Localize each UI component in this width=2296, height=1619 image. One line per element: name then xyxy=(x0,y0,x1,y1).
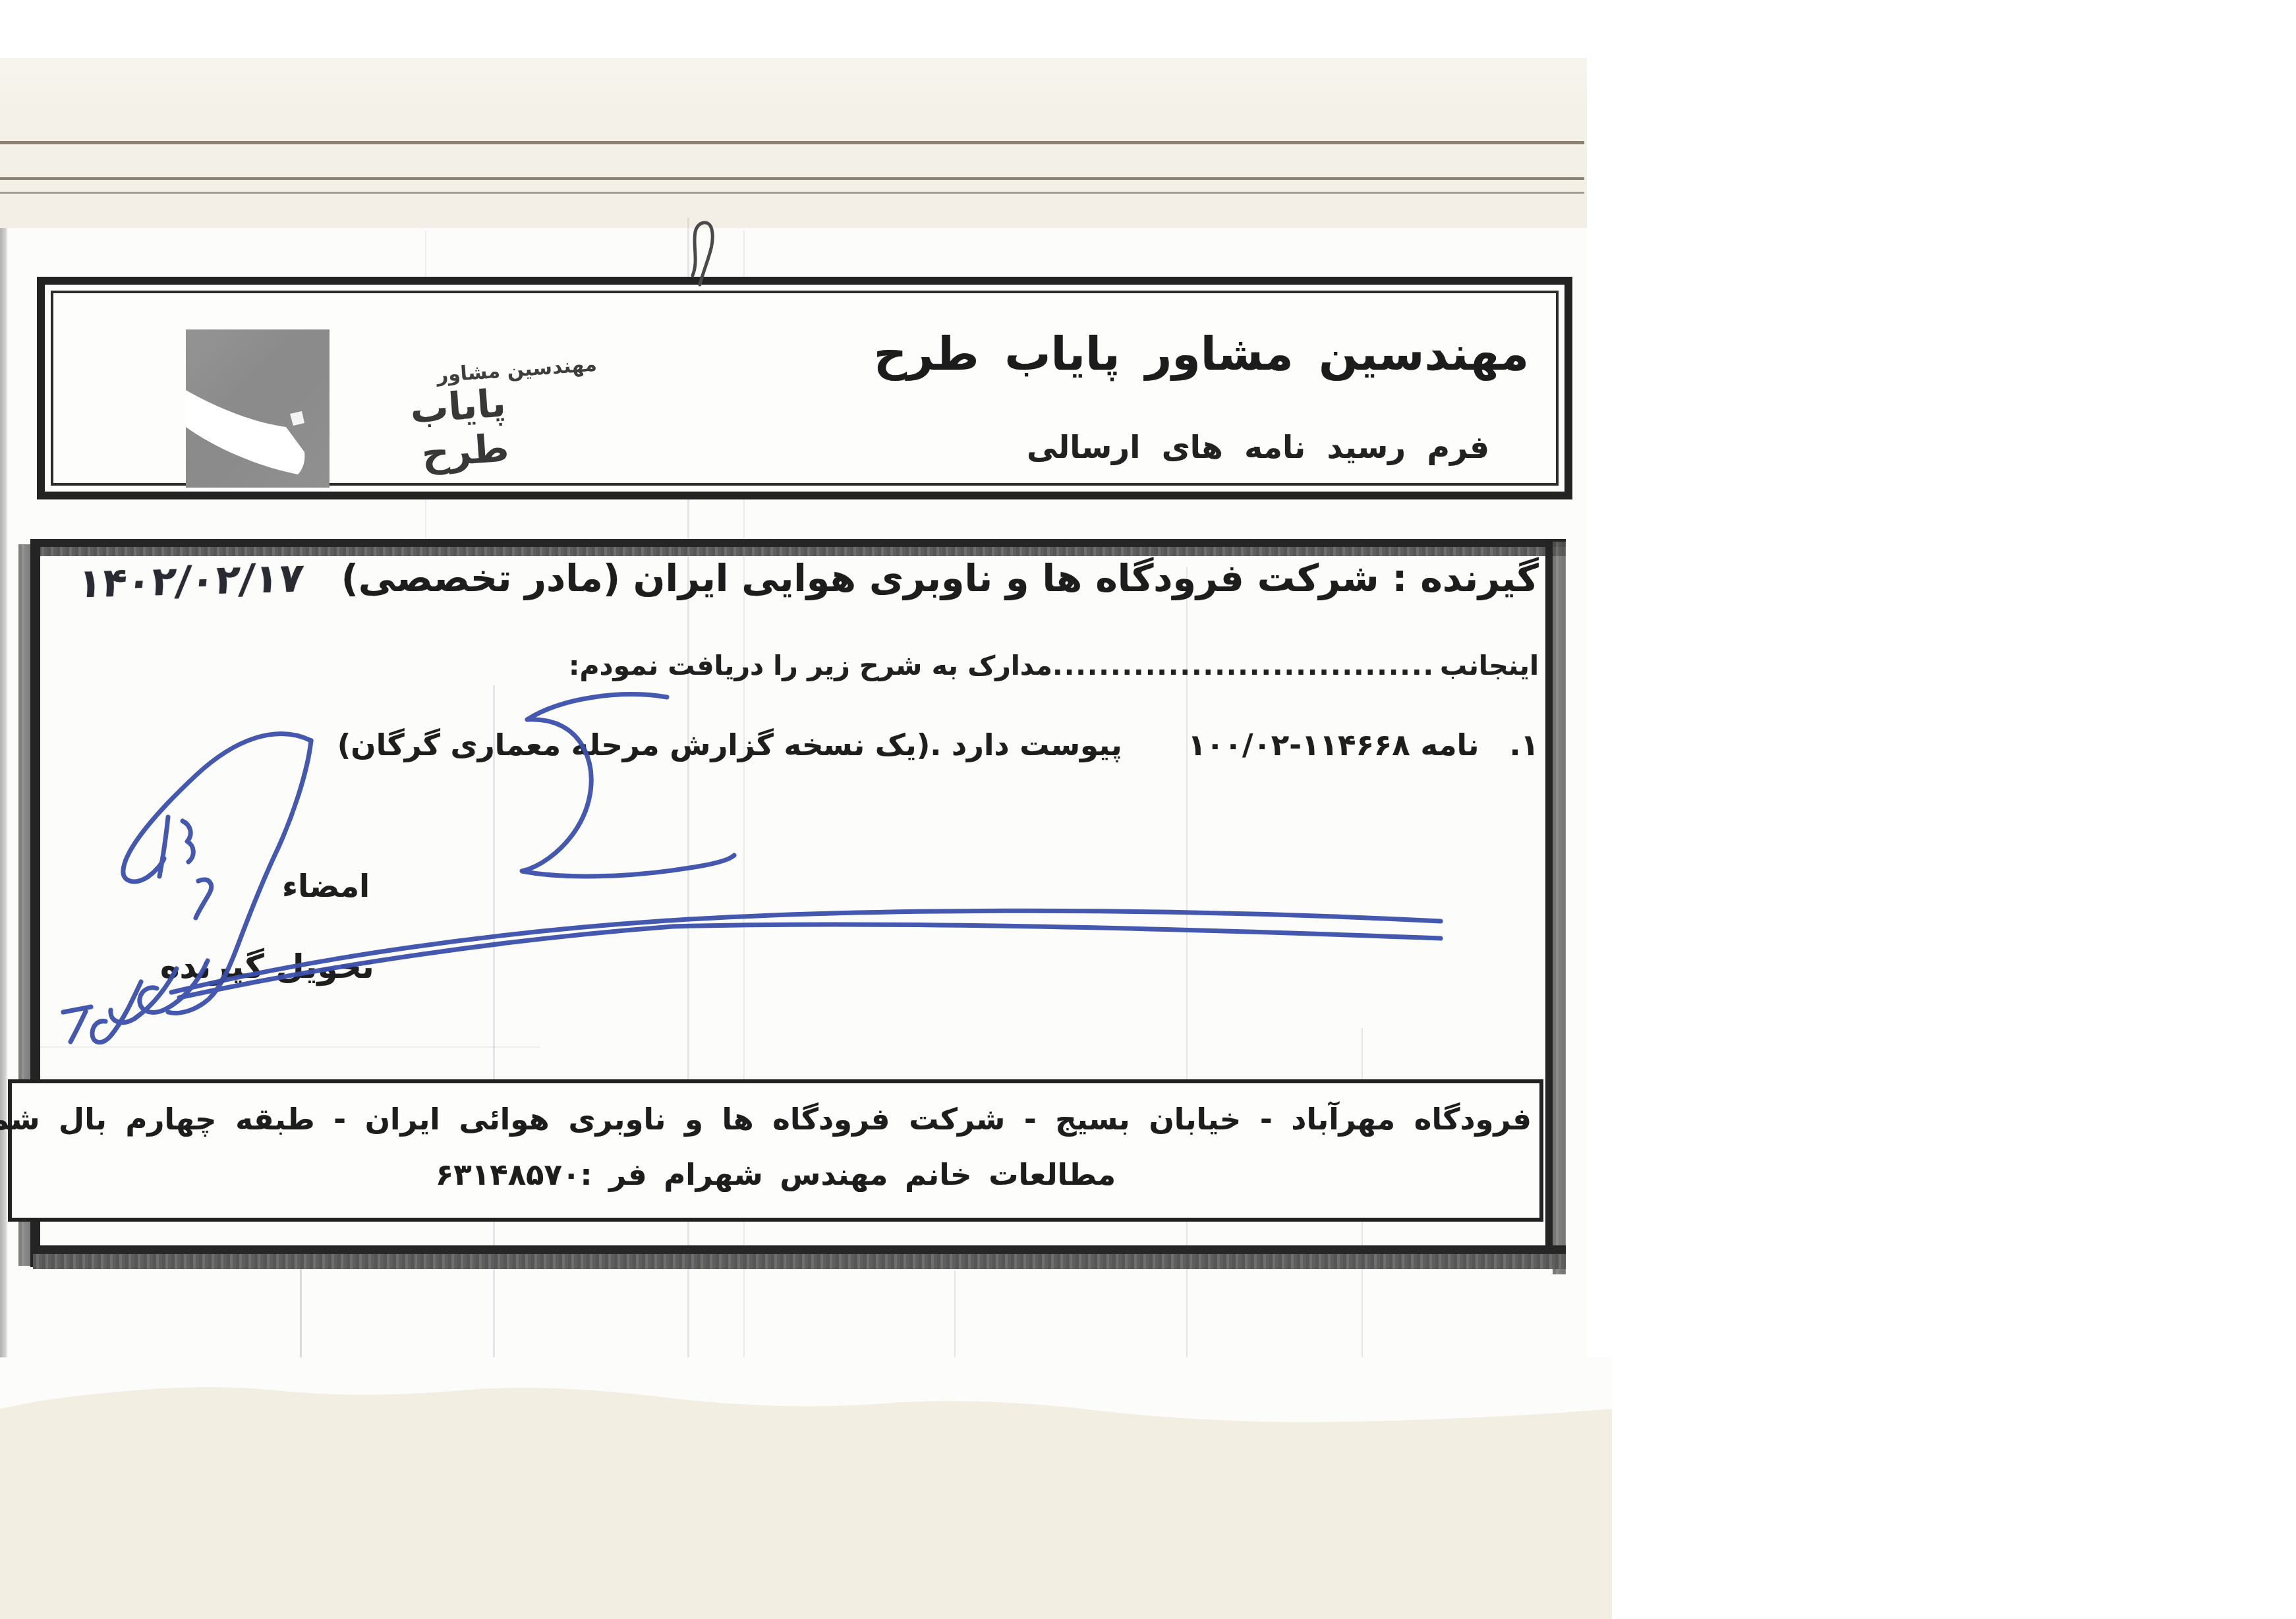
torn-paper-edge xyxy=(0,1357,1612,1619)
scanned-receipt-page: مهندسین مشاور پایاب طرح مهندسین مشاور پا… xyxy=(0,0,2296,1619)
